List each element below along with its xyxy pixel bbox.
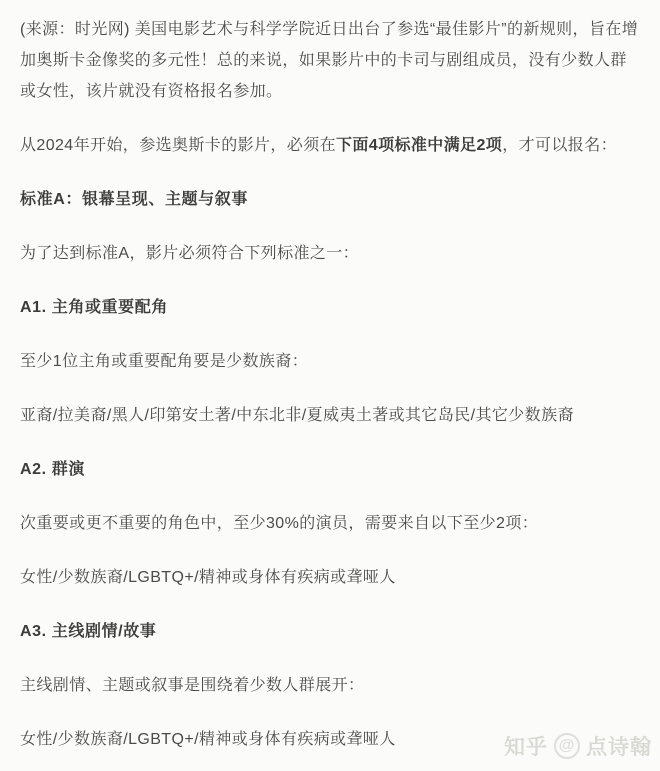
criterion-a1-groups-list: 亚裔/拉美裔/黑人/印第安土著/中东北非/夏威夷土著或其它岛民/其它少数族裔 (20, 400, 642, 431)
criterion-a1-heading: A1. 主角或重要配角 (20, 292, 642, 323)
zhihu-mascot-icon: @ (554, 733, 580, 759)
eligibility-rule-post: ，才可以报名： (502, 137, 617, 154)
criterion-a2-heading: A2. 群演 (20, 454, 642, 485)
watermark-username: 点诗翰 (586, 731, 652, 761)
criterion-a2-requirement: 次重要或更不重要的角色中，至少30%的演员，需要来自以下至少2项： (20, 508, 642, 539)
source-intro-paragraph: (来源：时光网) 美国电影艺术与科学学院近日出台了参选“最佳影片”的新规则，旨在… (20, 14, 642, 107)
eligibility-rule-bold: 下面4项标准中满足2项 (336, 137, 502, 154)
watermark-brand-text: 知乎 (504, 731, 548, 761)
criterion-a3-requirement: 主线剧情、主题或叙事是围绕着少数人群展开： (20, 670, 642, 701)
standard-a-intro-paragraph: 为了达到标准A，影片必须符合下列标准之一： (20, 238, 642, 269)
article-page: (来源：时光网) 美国电影艺术与科学学院近日出台了参选“最佳影片”的新规则，旨在… (0, 0, 660, 771)
criterion-a1-requirement: 至少1位主角或重要配角要是少数族裔： (20, 346, 642, 377)
standard-a-heading: 标准A：银幕呈现、主题与叙事 (20, 184, 642, 215)
criterion-a3-heading: A3. 主线剧情/故事 (20, 616, 642, 647)
eligibility-rule-pre: 从2024年开始，参选奥斯卡的影片，必须在 (20, 137, 336, 154)
eligibility-rule-paragraph: 从2024年开始，参选奥斯卡的影片，必须在下面4项标准中满足2项，才可以报名： (20, 130, 642, 161)
zhihu-watermark: 知乎 @ 点诗翰 (504, 731, 652, 761)
criterion-a2-groups-list: 女性/少数族裔/LGBTQ+/精神或身体有疾病或聋哑人 (20, 562, 642, 593)
